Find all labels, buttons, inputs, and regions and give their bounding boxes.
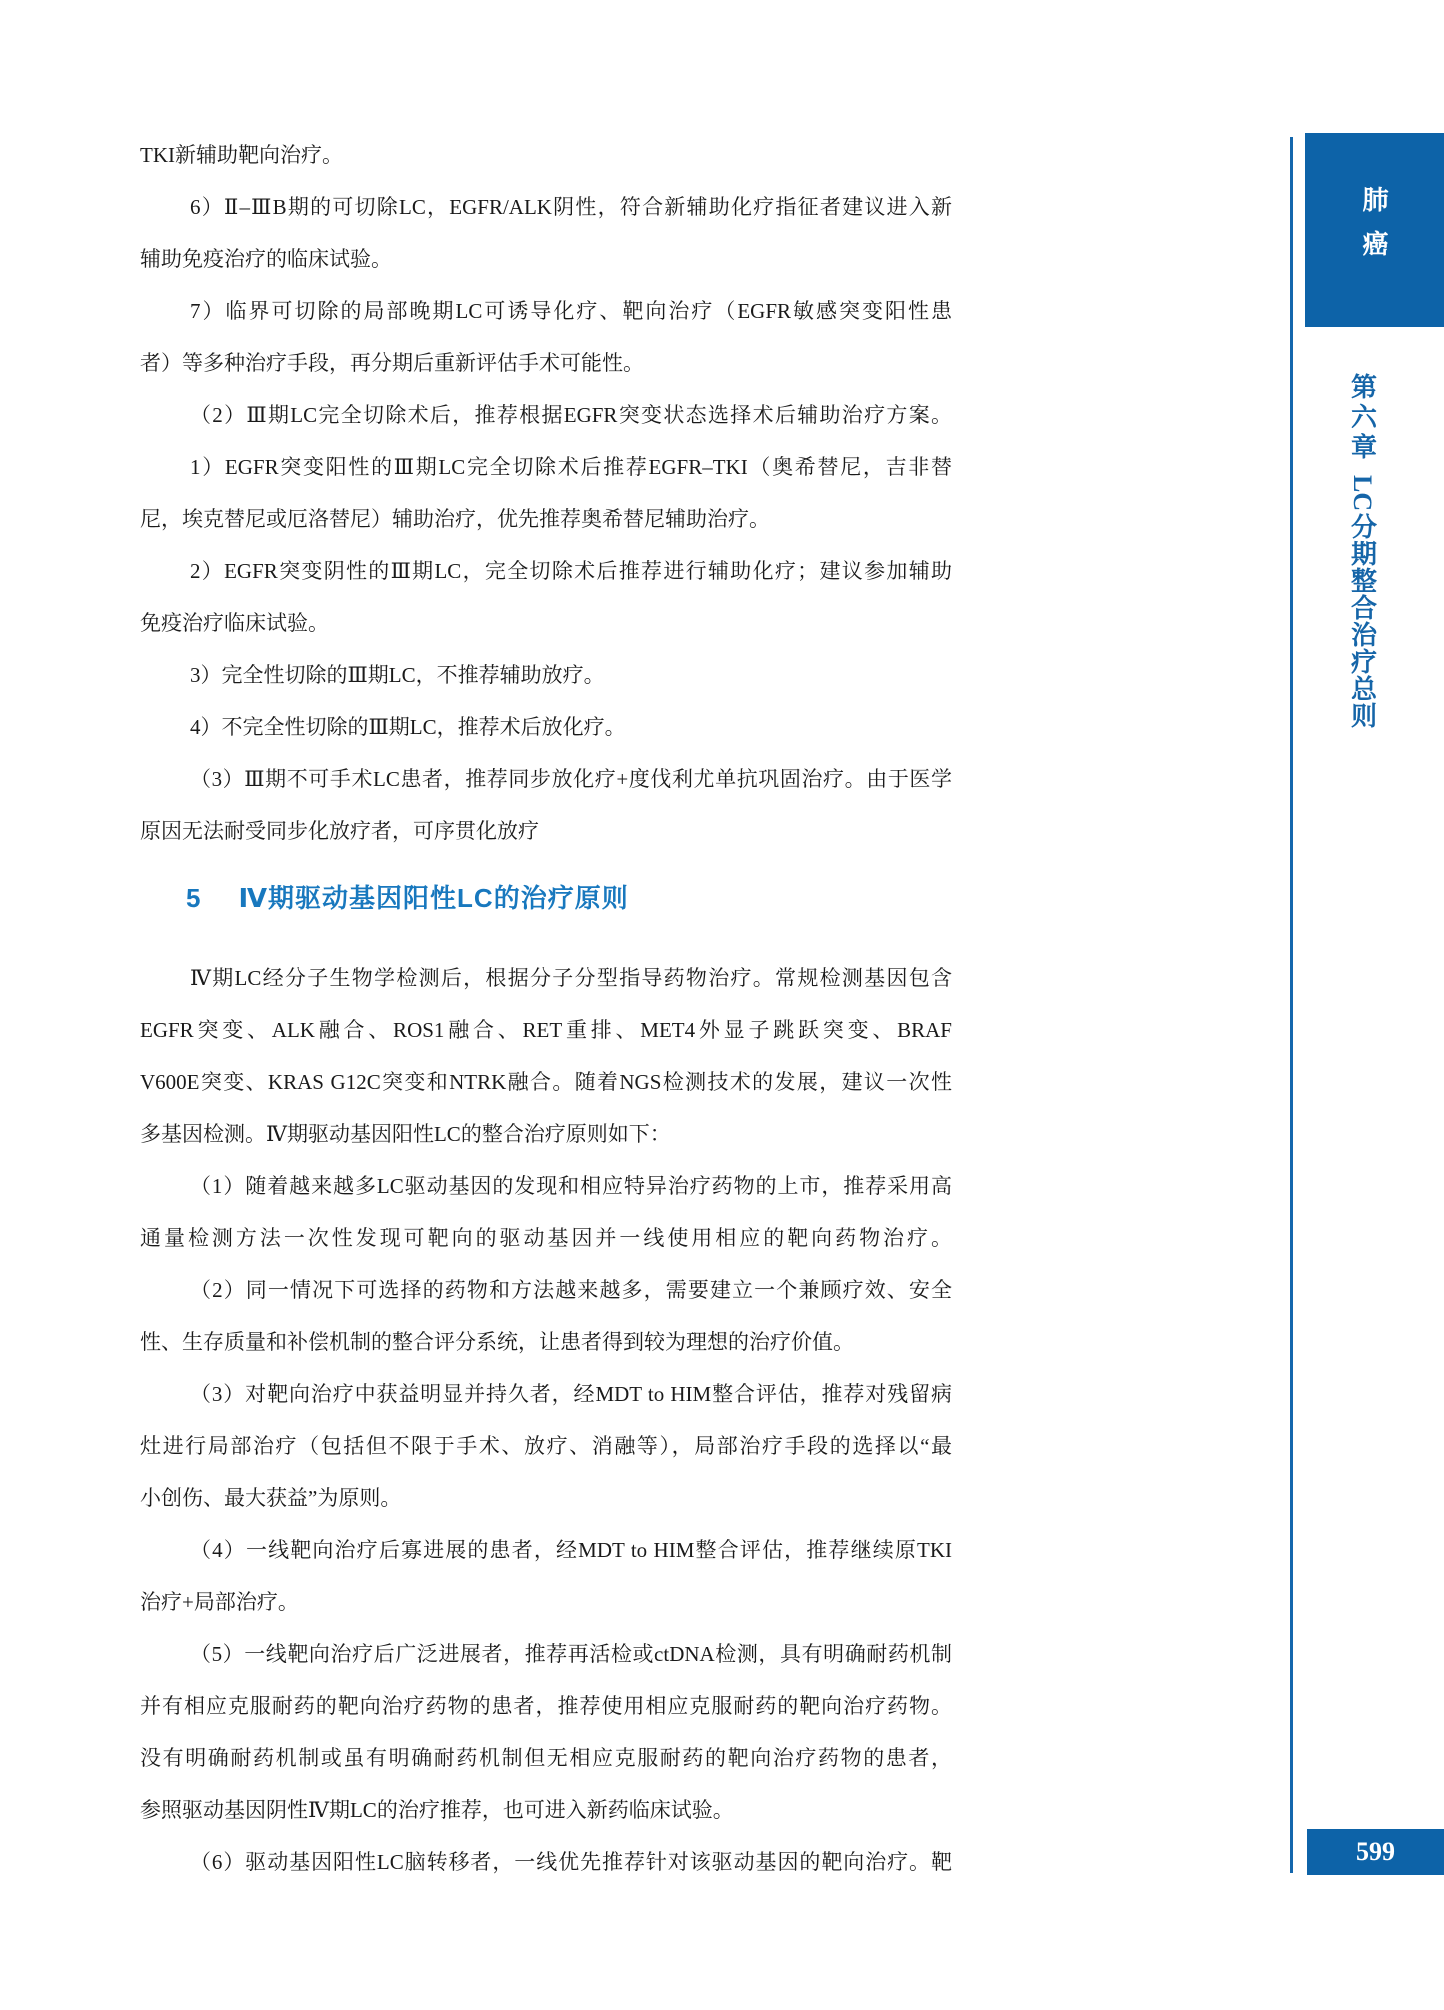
chapter-number: 第六章 bbox=[1344, 373, 1381, 463]
body-line: 多基因检测。Ⅳ期驱动基因阳性LC的整合治疗原则如下： bbox=[140, 1108, 952, 1160]
section-heading-title: Ⅳ期驱动基因阳性LC的治疗原则 bbox=[238, 883, 628, 913]
body-line: TKI新辅助靶向治疗。 bbox=[140, 129, 952, 181]
body-line: 4）不完全性切除的Ⅲ期LC，推荐术后放化疗。 bbox=[140, 701, 952, 753]
body-line: 免疫治疗临床试验。 bbox=[140, 597, 952, 649]
body-line: （4）一线靶向治疗后寡进展的患者，经MDT to HIM整合评估，推荐继续原TK… bbox=[140, 1524, 952, 1576]
body-text: TKI新辅助靶向治疗。6）Ⅱ–ⅢB期的可切除LC，EGFR/ALK阴性，符合新辅… bbox=[140, 129, 952, 1888]
body-line: 治疗+局部治疗。 bbox=[140, 1576, 952, 1628]
body-line: V600E突变、KRAS G12C突变和NTRK融合。随着NGS检测技术的发展，… bbox=[140, 1056, 952, 1108]
body-line: （1）随着越来越多LC驱动基因的发现和相应特异治疗药物的上市，推荐采用高 bbox=[140, 1160, 952, 1212]
body-line: 没有明确耐药机制或虽有明确耐药机制但无相应克服耐药的靶向治疗药物的患者， bbox=[140, 1732, 952, 1784]
page-number: 599 bbox=[1356, 1837, 1395, 1867]
sidebar-tab-lung-cancer: 肺癌 bbox=[1305, 133, 1444, 327]
body-line: 性、生存质量和补偿机制的整合评分系统，让患者得到较为理想的治疗价值。 bbox=[140, 1316, 952, 1368]
body-line: 参照驱动基因阴性Ⅳ期LC的治疗推荐，也可进入新药临床试验。 bbox=[140, 1784, 952, 1836]
section-heading: 5Ⅳ期驱动基因阳性LC的治疗原则 bbox=[140, 872, 952, 924]
body-line: 原因无法耐受同步化放疗者，可序贯化放疗 bbox=[140, 805, 952, 857]
body-line: （3）Ⅲ期不可手术LC患者，推荐同步放化疗+度伐利尤单抗巩固治疗。由于医学 bbox=[140, 753, 952, 805]
body-line: （6）驱动基因阳性LC脑转移者，一线优先推荐针对该驱动基因的靶向治疗。靶 bbox=[140, 1836, 952, 1888]
sidebar-tab-label: 肺癌 bbox=[1356, 186, 1393, 274]
body-line: 灶进行局部治疗（包括但不限于手术、放疗、消融等），局部治疗手段的选择以“最 bbox=[140, 1420, 952, 1472]
body-line: 者）等多种治疗手段，再分期后重新评估手术可能性。 bbox=[140, 337, 952, 389]
body-line: 7）临界可切除的局部晚期LC可诱导化疗、靶向治疗（EGFR敏感突变阳性患 bbox=[140, 285, 952, 337]
body-line: 小创伤、最大获益”为原则。 bbox=[140, 1472, 952, 1524]
section-heading-number: 5 bbox=[186, 883, 200, 913]
body-line: 2）EGFR突变阴性的Ⅲ期LC，完全切除术后推荐进行辅助化疗；建议参加辅助 bbox=[140, 545, 952, 597]
body-line: 通量检测方法一次性发现可靶向的驱动基因并一线使用相应的靶向药物治疗。 bbox=[140, 1212, 952, 1264]
body-line: （5）一线靶向治疗后广泛进展者，推荐再活检或ctDNA检测，具有明确耐药机制 bbox=[140, 1628, 952, 1680]
body-line: EGFR突变、ALK融合、ROS1融合、RET重排、MET4外显子跳跃突变、BR… bbox=[140, 1004, 952, 1056]
chapter-title-rest: 分期整合治疗总则 bbox=[1344, 513, 1381, 729]
sidebar-rule bbox=[1290, 137, 1293, 1873]
body-line: （3）对靶向治疗中获益明显并持久者，经MDT to HIM整合评估，推荐对残留病 bbox=[140, 1368, 952, 1420]
body-line: 并有相应克服耐药的靶向治疗药物的患者，推荐使用相应克服耐药的靶向治疗药物。 bbox=[140, 1680, 952, 1732]
page-number-badge: 599 bbox=[1307, 1829, 1444, 1875]
body-line: （2）Ⅲ期LC完全切除术后，推荐根据EGFR突变状态选择术后辅助治疗方案。 bbox=[140, 389, 952, 441]
body-line: 辅助免疫治疗的临床试验。 bbox=[140, 233, 952, 285]
body-line: （2）同一情况下可选择的药物和方法越来越多，需要建立一个兼顾疗效、安全 bbox=[140, 1264, 952, 1316]
body-line: 尼，埃克替尼或厄洛替尼）辅助治疗，优先推荐奥希替尼辅助治疗。 bbox=[140, 493, 952, 545]
body-line: 3）完全性切除的Ⅲ期LC，不推荐辅助放疗。 bbox=[140, 649, 952, 701]
body-line: 1）EGFR突变阳性的Ⅲ期LC完全切除术后推荐EGFR–TKI（奥希替尼，吉非替 bbox=[140, 441, 952, 493]
body-line: Ⅳ期LC经分子生物学检测后，根据分子分型指导药物治疗。常规检测基因包含 bbox=[140, 952, 952, 1004]
chapter-title-vertical: 第六章LC分期整合治疗总则 bbox=[1342, 373, 1382, 1013]
chapter-latin: LC bbox=[1347, 475, 1377, 511]
body-line: 6）Ⅱ–ⅢB期的可切除LC，EGFR/ALK阴性，符合新辅助化疗指征者建议进入新 bbox=[140, 181, 952, 233]
